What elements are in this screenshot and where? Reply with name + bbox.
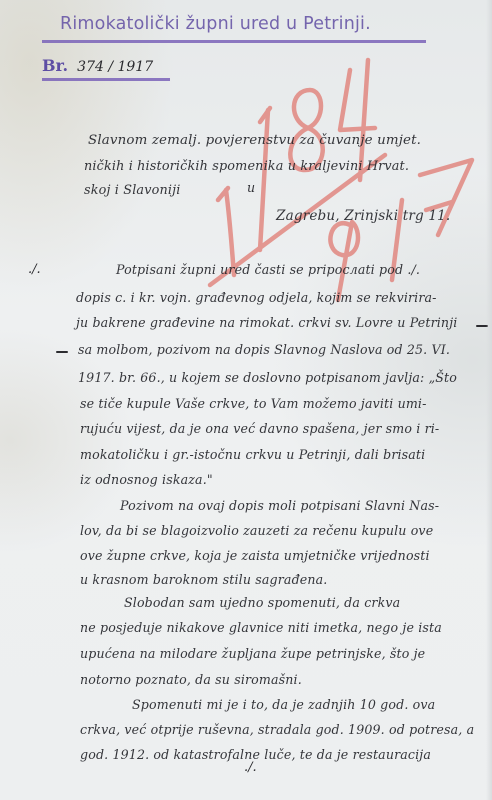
letterhead-underline: [42, 40, 426, 43]
body-line: rujuću vijest, da je ona već davno spaše…: [80, 421, 439, 436]
margin-dash-mark: [56, 351, 68, 353]
body-line: se tiče kupule Vaše crkve, to Vam možemo…: [80, 396, 427, 411]
body-line: lov, da bi se blagoizvolio zauzeti za re…: [80, 523, 433, 538]
reference-number-block: Br. 374 / 1917: [42, 56, 153, 75]
body-line: 1917. br. 66., u kojem se doslovno potpi…: [78, 370, 457, 385]
letterhead-title: Rimokatolički župni ured u Petrinji.: [60, 14, 371, 34]
body-line: Spomenuti mi je i to, da je zadnjih 10 g…: [132, 697, 435, 712]
address-line: Slavnom zemalj. povjerenstvu za čuvanje …: [88, 133, 421, 148]
body-line: iz odnosnog iskaza.": [80, 472, 213, 487]
body-line: dopis c. i kr. vojn. građevnog odjela, k…: [76, 290, 437, 305]
body-line: ne posjeduje nikakove glavnice niti imet…: [80, 620, 442, 635]
body-line: Pozivom na ovaj dopis moli potpisani Sla…: [120, 498, 439, 513]
margin-dash-mark: [476, 325, 488, 327]
address-line: skoj i Slavoniji: [84, 183, 180, 198]
enclosure-margin-mark: ./.: [28, 262, 41, 277]
continuation-mark: ./.: [244, 760, 257, 775]
body-line: upućena na milodare župljana župe petrin…: [80, 646, 425, 661]
body-line: Slobodan sam ujedno spomenuti, da crkva: [124, 595, 400, 610]
reference-number: 374 / 1917: [77, 59, 153, 75]
address-line: ničkih i historičkih spomenika u kraljev…: [84, 159, 409, 174]
body-line: ju bakrene građevine na rimokat. crkvi s…: [76, 315, 457, 330]
body-line: Potpisani župni ured časti se pripослati…: [116, 262, 420, 277]
address-city-line: Zagrebu, Zrinjski trg 11.: [276, 208, 450, 224]
reference-underline: [42, 78, 170, 81]
scanned-letter-page: Rimokatolički župni ured u Petrinji. Br.…: [0, 0, 492, 800]
address-preposition: u: [247, 180, 255, 195]
body-line: sa molbom, pozivom na dopis Slavnog Nasl…: [78, 342, 450, 357]
body-line: u krasnom baroknom stilu sagrađena.: [80, 572, 327, 587]
body-line: mokatoličku i gr.-istočnu crkvu u Petrin…: [80, 447, 425, 462]
body-line: ove župne crkve, koja je zaista umjetnič…: [80, 548, 430, 563]
body-line: crkva, već otprije ruševna, stradala god…: [80, 722, 474, 737]
reference-label: Br.: [42, 56, 68, 75]
body-line: notorno poznato, da su siromašni.: [80, 672, 302, 687]
